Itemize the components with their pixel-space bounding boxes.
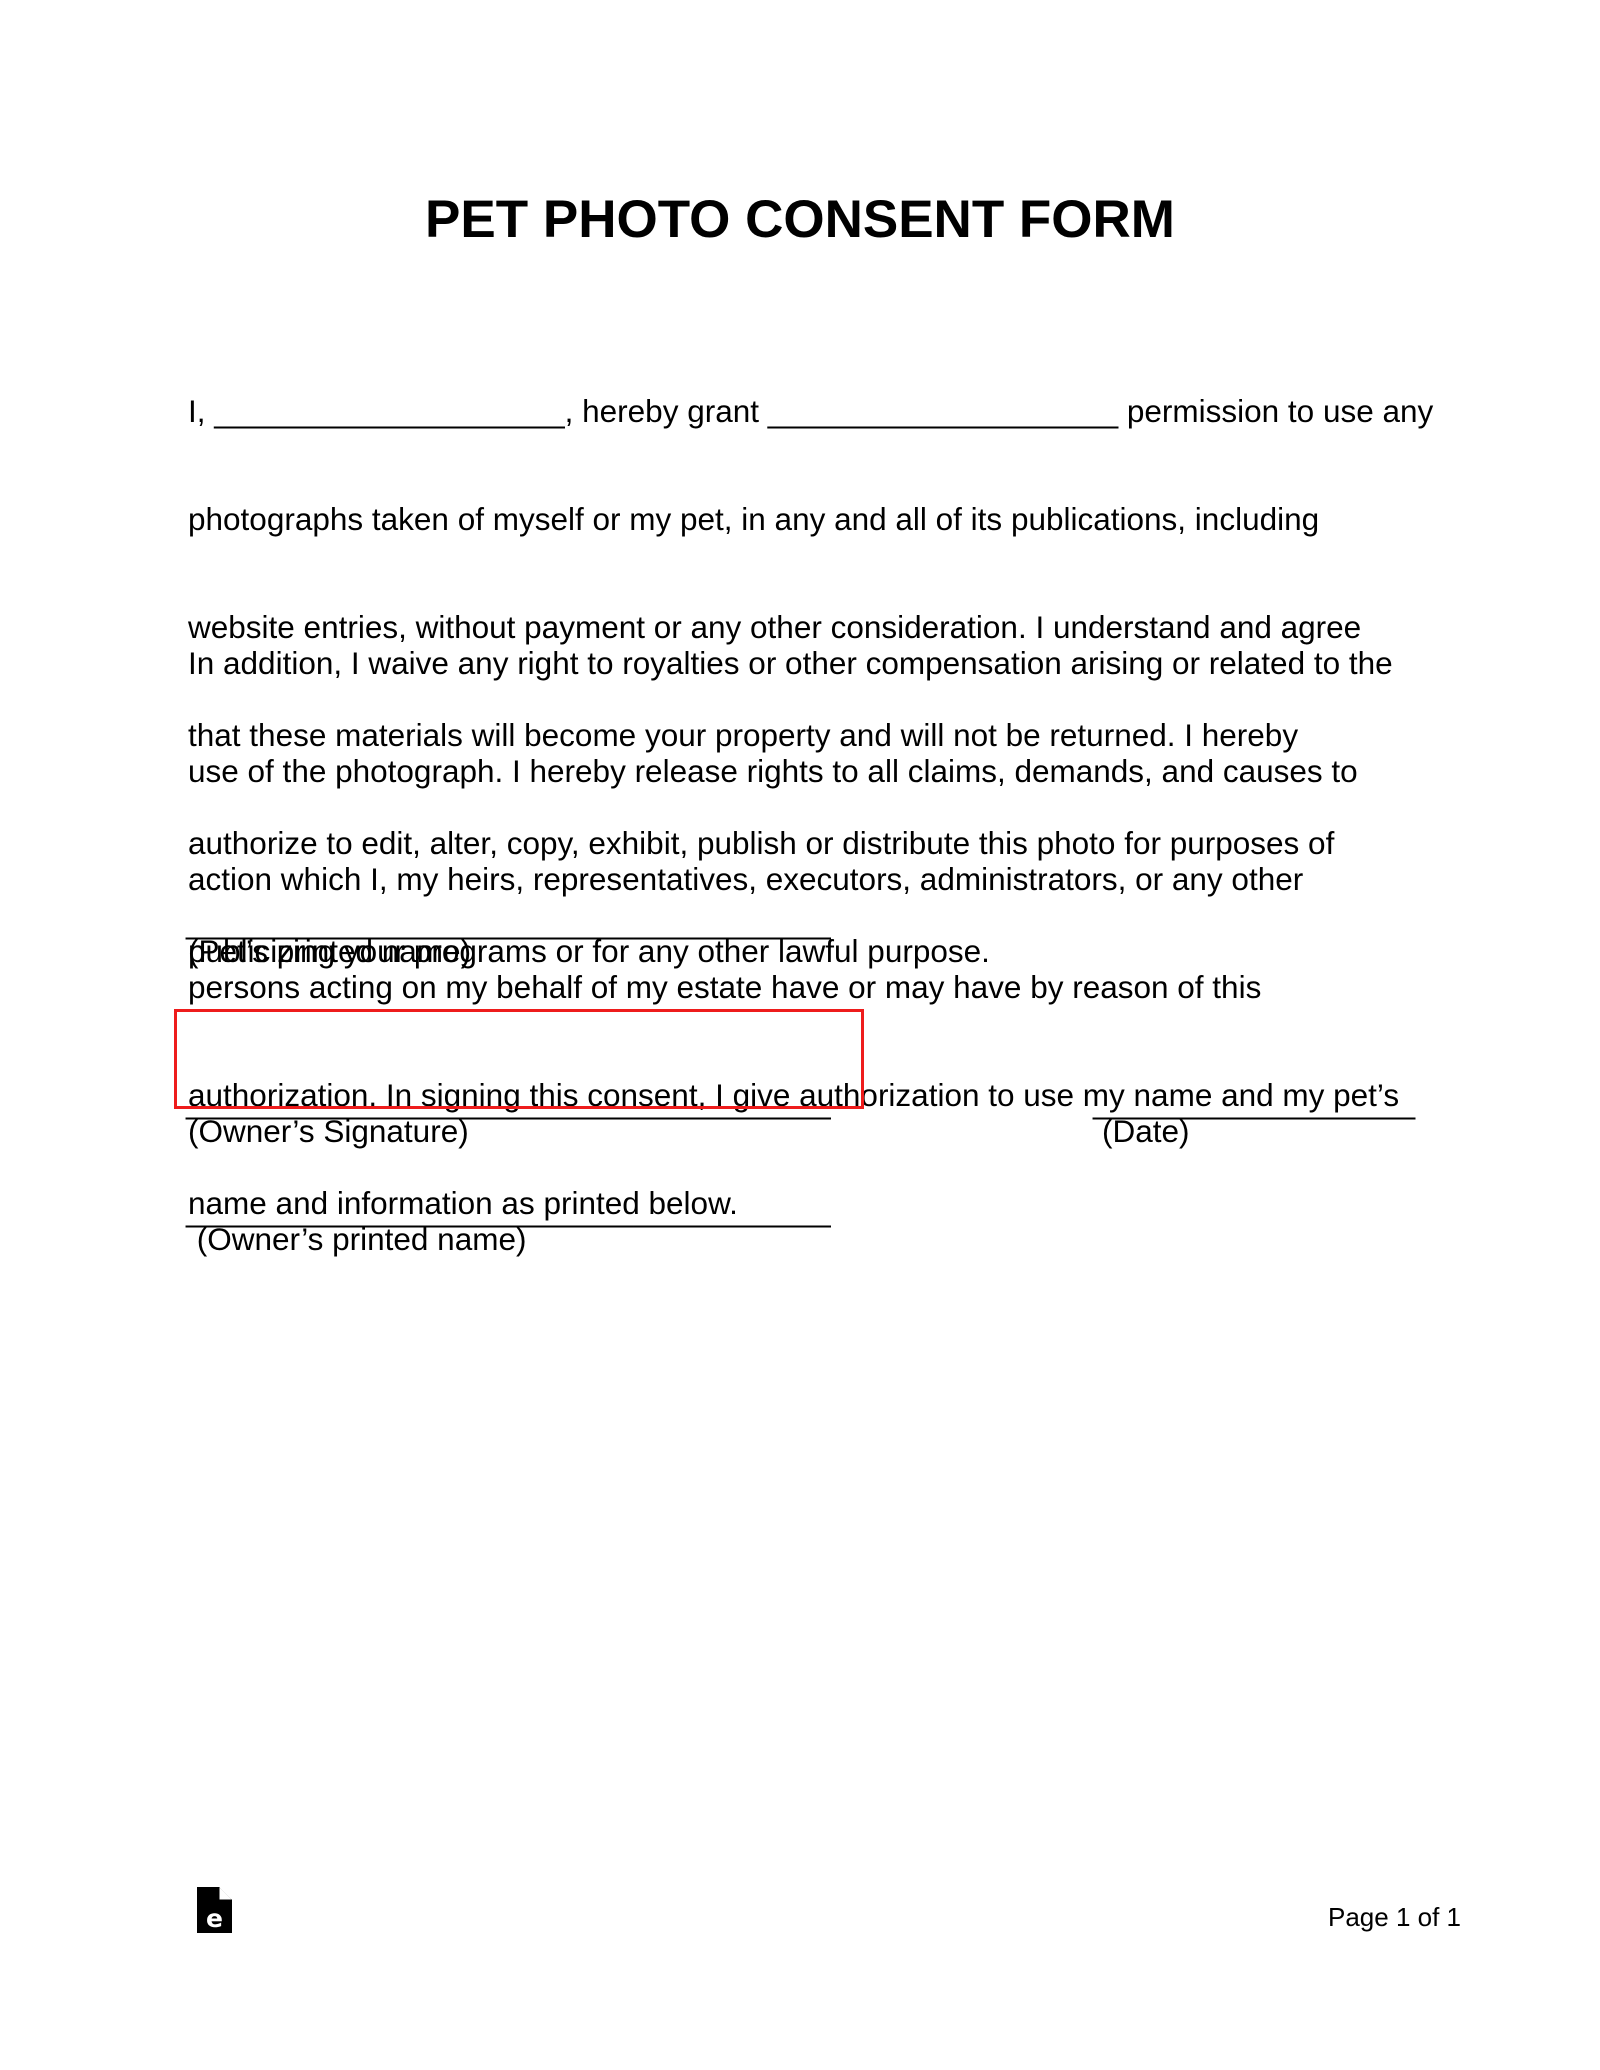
paragraph-line: use of the photograph. I hereby release … bbox=[188, 753, 1399, 789]
paragraph-line: In addition, I waive any right to royalt… bbox=[188, 645, 1399, 681]
date-label: (Date) bbox=[1102, 1113, 1190, 1149]
owner-name-label: (Owner’s printed name) bbox=[188, 1221, 526, 1257]
paragraph-line: photographs taken of myself or my pet, i… bbox=[188, 501, 1433, 537]
owner-signature-label: (Owner’s Signature) bbox=[188, 1113, 469, 1149]
pet-name-label: (Pet’s printed name) bbox=[188, 933, 471, 969]
signature-highlight-box[interactable] bbox=[174, 1009, 864, 1109]
paragraph-line[interactable]: I, ____________________, hereby grant __… bbox=[188, 393, 1433, 429]
paragraph-line: persons acting on my behalf of my estate… bbox=[188, 969, 1399, 1005]
page-title: PET PHOTO CONSENT FORM bbox=[0, 190, 1600, 250]
svg-text:e: e bbox=[206, 1904, 223, 1933]
page-number: Page 1 of 1 bbox=[1328, 1902, 1461, 1932]
document-e-logo-icon: e bbox=[197, 1887, 232, 1933]
paragraph-line: action which I, my heirs, representative… bbox=[188, 861, 1399, 897]
